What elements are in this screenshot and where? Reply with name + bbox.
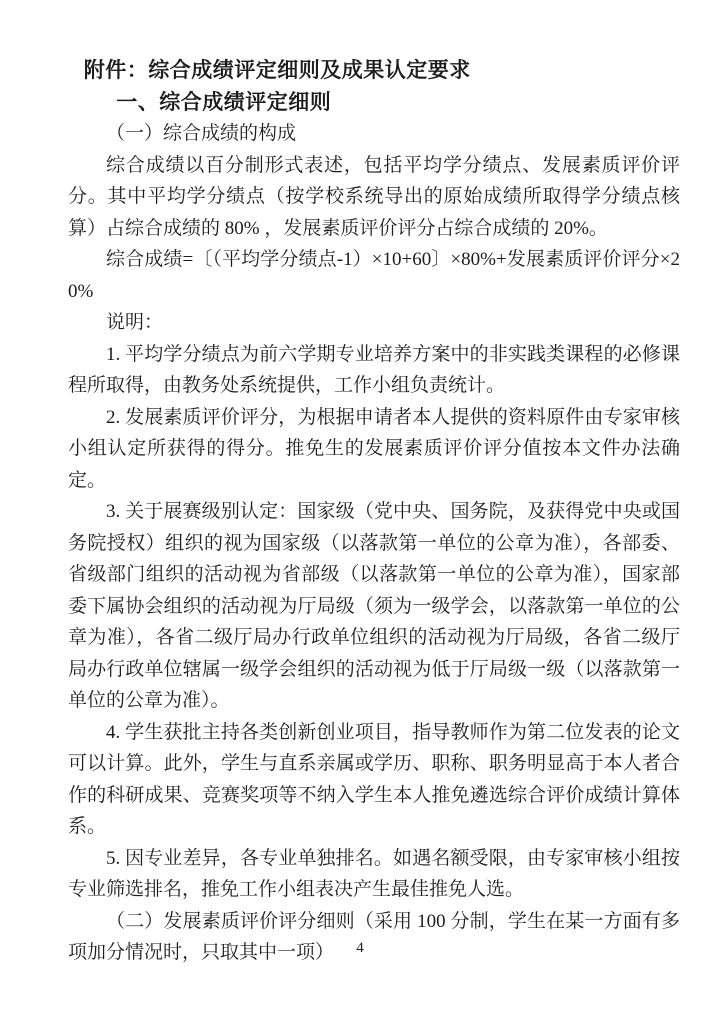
paragraph-note-4: 4. 学生获批主持各类创新创业项目，指导教师作为第二位发表的论文可以计算。此外，… [68, 717, 680, 843]
paragraph-note-5: 5. 因专业差异，各专业单独排名。如遇名额受限，由专家审核小组按专业筛选排名，推… [68, 843, 680, 906]
paragraph-note-1: 1. 平均学分绩点为前六学期专业培养方案中的非实践类课程的必修课程所取得，由教务… [68, 339, 680, 402]
attachment-title: 附件：综合成绩评定细则及成果认定要求 [68, 55, 680, 87]
page-number: 4 [0, 938, 720, 958]
paragraph-notes-label: 说明： [68, 307, 680, 339]
document-page: { "document": { "title": "附件：综合成绩评定细则及成果… [0, 0, 720, 1018]
paragraph-composition: 综合成绩以百分制形式表述，包括平均学分绩点、发展素质评价评分。其中平均学分绩点（… [68, 150, 680, 245]
paragraph-note-3: 3. 关于展赛级别认定：国家级（党中央、国务院，及获得党中央或国务院授权）组织的… [68, 496, 680, 717]
paragraph-note-2: 2. 发展素质评价评分，为根据申请者本人提供的资料原件由专家审核小组认定所获得的… [68, 402, 680, 497]
subsection-heading-2: （二）发展素质评价评分细则（采用 100 分制，学生在某一方面有多项加分情况时，… [68, 906, 680, 969]
document-body: 附件：综合成绩评定细则及成果认定要求 一、综合成绩评定细则 （一）综合成绩的构成… [68, 55, 680, 969]
subsection-heading-1: （一）综合成绩的构成 [68, 118, 680, 150]
paragraph-formula: 综合成绩=〔（平均学分绩点-1）×10+60〕×80%+发展素质评价评分×20% [68, 244, 680, 307]
section-heading: 一、综合成绩评定细则 [68, 87, 680, 119]
